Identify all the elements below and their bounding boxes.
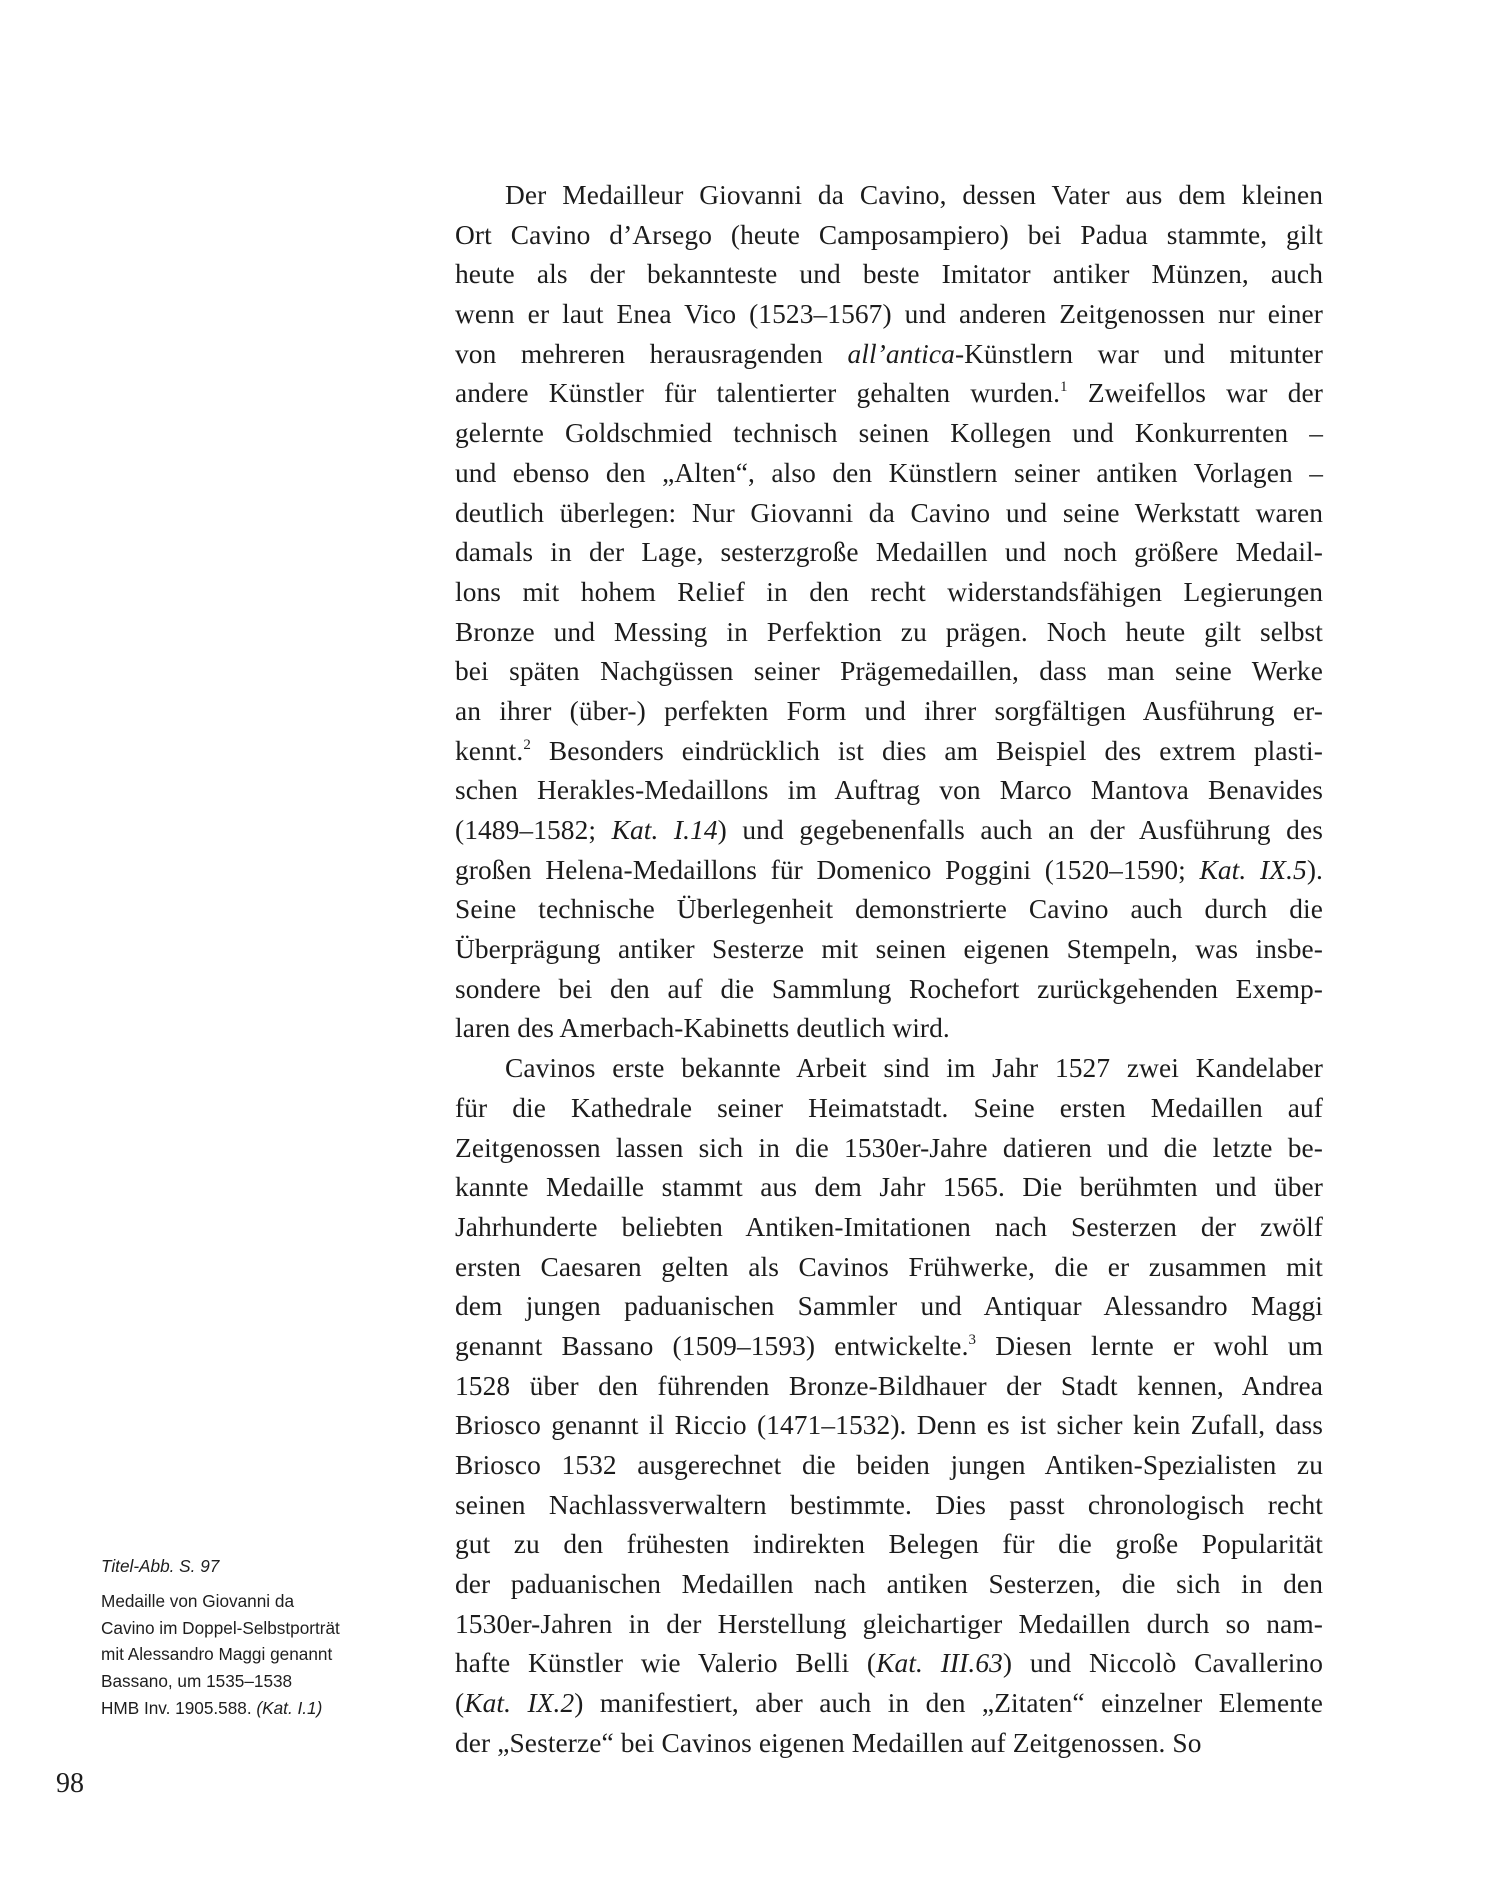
text-line: ersten Caesaren gelten als Cavinos Frühw… xyxy=(455,1248,1323,1288)
text-line: laren des Amerbach-Kabinetts deutlich wi… xyxy=(455,1009,1323,1049)
text-line: wenn er laut Enea Vico (1523–1567) und a… xyxy=(455,295,1323,335)
text-line: schen Herakles-Medaillons im Auftrag von… xyxy=(455,771,1323,811)
text-line: andere Künstler für talentierter gehalte… xyxy=(455,374,1323,414)
text-line: (1489–1582; Kat. I.14) und gegebenenfall… xyxy=(455,811,1323,851)
caption-line: Bassano, um 1535–1538 xyxy=(101,1668,421,1695)
document-page: Titel-Abb. S. 97 Medaille von Giovanni d… xyxy=(0,0,1497,1890)
text-line: an ihrer (über-) perfekten Form und ihre… xyxy=(455,692,1323,732)
text-line: seinen Nachlassverwaltern bestimmte. Die… xyxy=(455,1486,1323,1526)
text-line: damals in der Lage, sesterzgroße Medaill… xyxy=(455,533,1323,573)
text-line: Bronze und Messing in Perfektion zu präg… xyxy=(455,613,1323,653)
text-line: Seine technische Überlegenheit demonstri… xyxy=(455,890,1323,930)
text-line: Der Medailleur Giovanni da Cavino, desse… xyxy=(455,176,1323,216)
text-line: Zeitgenossen lassen sich in die 1530er-J… xyxy=(455,1129,1323,1169)
caption-inventory-text: HMB Inv. 1905.588. xyxy=(101,1698,256,1718)
italic-text: Kat. IX.2 xyxy=(464,1688,574,1718)
caption-line-inventory: HMB Inv. 1905.588. (Kat. I.1) xyxy=(101,1695,421,1722)
text-line: der „Sesterze“ bei Cavinos eigenen Medai… xyxy=(455,1724,1323,1764)
text-line: heute als der bekannteste und beste Imit… xyxy=(455,255,1323,295)
text-line: gelernte Goldschmied technisch seinen Ko… xyxy=(455,414,1323,454)
paragraph: Der Medailleur Giovanni da Cavino, desse… xyxy=(455,176,1323,1049)
text-line: deutlich überlegen: Nur Giovanni da Cavi… xyxy=(455,494,1323,534)
text-line: Briosco genannt il Riccio (1471–1532). D… xyxy=(455,1406,1323,1446)
text-line: für die Kathedrale seiner Heimatstadt. S… xyxy=(455,1089,1323,1129)
text-line: gut zu den frühesten indirekten Belegen … xyxy=(455,1525,1323,1565)
text-line: 1530er-Jahren in der Herstellung gleicha… xyxy=(455,1605,1323,1645)
text-line: und ebenso den „Alten“, also den Künstle… xyxy=(455,454,1323,494)
text-line: großen Helena-Medaillons für Domenico Po… xyxy=(455,851,1323,891)
text-line: bei späten Nachgüssen seiner Prägemedail… xyxy=(455,652,1323,692)
text-line: hafte Künstler wie Valerio Belli (Kat. I… xyxy=(455,1644,1323,1684)
text-line: Überprägung antiker Sesterze mit seinen … xyxy=(455,930,1323,970)
text-line: Jahrhunderte beliebten Antiken-Imitation… xyxy=(455,1208,1323,1248)
caption-line: mit Alessandro Maggi genannt xyxy=(101,1641,421,1668)
text-line: Briosco 1532 ausgerechnet die beiden jun… xyxy=(455,1446,1323,1486)
italic-text: all’antica xyxy=(847,339,955,369)
text-line: der paduanischen Medaillen nach antiken … xyxy=(455,1565,1323,1605)
italic-text: Kat. III.63 xyxy=(876,1648,1003,1678)
text-line: lons mit hohem Relief in den recht wider… xyxy=(455,573,1323,613)
text-line: genannt Bassano (1509–1593) entwickelte.… xyxy=(455,1327,1323,1367)
body-text: Der Medailleur Giovanni da Cavino, desse… xyxy=(455,176,1323,1764)
text-line: kannte Medaille stammt aus dem Jahr 1565… xyxy=(455,1168,1323,1208)
footnote-marker: 2 xyxy=(523,737,531,753)
italic-text: Kat. IX.5 xyxy=(1200,855,1307,885)
paragraph: Cavinos erste bekannte Arbeit sind im Ja… xyxy=(455,1049,1323,1763)
footnote-marker: 1 xyxy=(1060,379,1068,395)
page-number: 98 xyxy=(56,1768,84,1800)
caption-line: Cavino im Doppel-Selbstporträt xyxy=(101,1615,421,1642)
caption-line: Medaille von Giovanni da xyxy=(101,1588,421,1615)
figure-caption: Titel-Abb. S. 97 Medaille von Giovanni d… xyxy=(101,1553,421,1722)
italic-text: Kat. I.14 xyxy=(612,815,718,845)
text-line: (Kat. IX.2) manifestiert, aber auch in d… xyxy=(455,1684,1323,1724)
text-line: 1528 über den führenden Bronze-Bildhauer… xyxy=(455,1367,1323,1407)
text-line: Cavinos erste bekannte Arbeit sind im Ja… xyxy=(455,1049,1323,1089)
text-line: von mehreren herausragenden all’antica-K… xyxy=(455,335,1323,375)
text-line: Ort Cavino d’Arsego (heute Camposampiero… xyxy=(455,216,1323,256)
caption-title: Titel-Abb. S. 97 xyxy=(101,1553,421,1580)
text-line: sondere bei den auf die Sammlung Rochefo… xyxy=(455,970,1323,1010)
footnote-marker: 3 xyxy=(969,1332,977,1348)
text-line: dem jungen paduanischen Sammler und Anti… xyxy=(455,1287,1323,1327)
text-line: kennt.2 Besonders eindrücklich ist dies … xyxy=(455,732,1323,772)
caption-catalog-ref: (Kat. I.1) xyxy=(256,1698,322,1718)
